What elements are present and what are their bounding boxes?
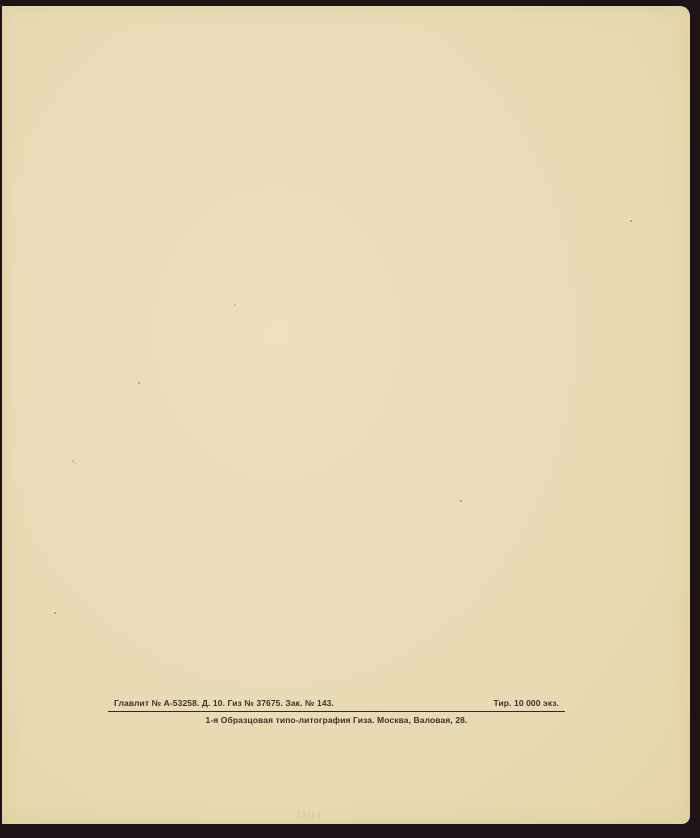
imprint-left-text: Главлит № А-53258. Д. 10. Гиз № 37675. З… <box>114 698 334 708</box>
paper-speck <box>138 382 140 384</box>
paper-speck <box>630 220 632 222</box>
colophon-imprint: Главлит № А-53258. Д. 10. Гиз № 37675. З… <box>108 698 565 725</box>
imprint-divider <box>108 711 565 712</box>
paper-speck <box>460 500 462 502</box>
faint-stamp: 33/13 <box>296 810 322 820</box>
imprint-print-run: Тир. 10 000 экз. <box>493 698 559 708</box>
paper-speck <box>72 460 74 462</box>
paper-speck <box>54 612 56 614</box>
printer-line: 1-я Образцовая типо-литография Гиза. Мос… <box>108 715 565 725</box>
imprint-line: Главлит № А-53258. Д. 10. Гиз № 37675. З… <box>108 698 565 708</box>
paper-speck <box>234 304 236 306</box>
